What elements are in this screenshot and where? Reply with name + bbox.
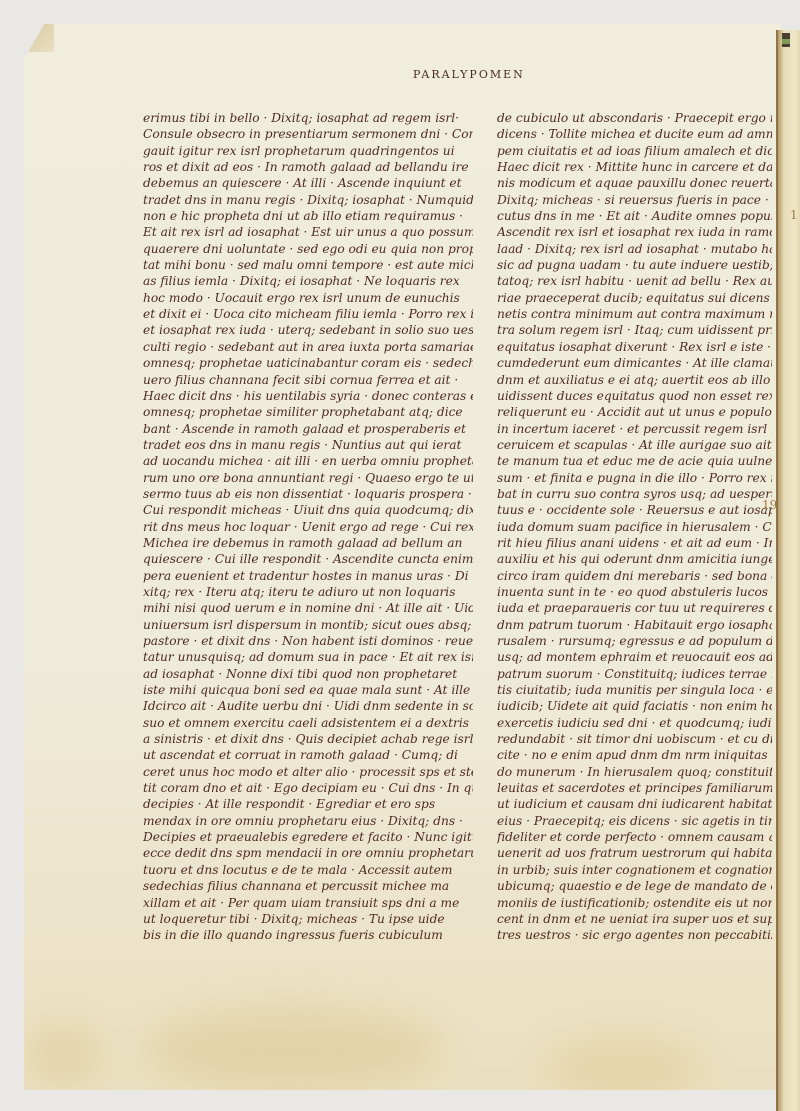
text-line: tat mihi bonu · sed malu omni tempore · … bbox=[143, 257, 473, 273]
margin-number: 19 bbox=[762, 498, 777, 512]
text-line: bant · Ascende in ramoth galaad et prosp… bbox=[143, 421, 473, 437]
text-line: ecce dedit dns spm mendacii in ore omniu… bbox=[143, 845, 473, 861]
text-line: leuitas et sacerdotes et principes famil… bbox=[497, 780, 772, 796]
text-line: xitq; rex · Iteru atq; iteru te adiuro u… bbox=[143, 584, 473, 600]
text-line: cumdederunt eum dimicantes · At ille cla… bbox=[497, 355, 772, 371]
text-line: mendax in ore omniu prophetaru eius · Di… bbox=[143, 813, 473, 829]
text-line: cent in dnm et ne ueniat ira super uos e… bbox=[497, 911, 772, 927]
text-line: ad iosaphat · Nonne dixi tibi quod non p… bbox=[143, 666, 473, 682]
text-line: xillam et ait · Per quam uiam transiuit … bbox=[143, 895, 473, 911]
parchment-stain bbox=[144, 1004, 444, 1094]
text-line: tit coram dno et ait · Ego decipiam eu ·… bbox=[143, 780, 473, 796]
text-line: fideliter et corde perfecto · omnem caus… bbox=[497, 829, 772, 845]
text-line: tra solum regem isrl · Itaq; cum uidisse… bbox=[497, 322, 772, 338]
margin-number: 1 bbox=[790, 208, 798, 222]
text-line: ut loqueretur tibi · Dixitq; micheas · T… bbox=[143, 911, 473, 927]
text-line: rit hieu filius anani uidens · et ait ad… bbox=[497, 535, 772, 551]
text-line: tuus e · occidente sole · Reuersus e aut… bbox=[497, 502, 772, 518]
text-line: Decipies et praeualebis egredere et faci… bbox=[143, 829, 473, 845]
text-line: Et ait rex isrl ad iosaphat · Est uir un… bbox=[143, 224, 473, 240]
text-line: inuenta sunt in te · eo quod abstuleris … bbox=[497, 584, 772, 600]
text-line: quaerere dni uoluntate · sed ego odi eu … bbox=[143, 241, 473, 257]
text-line: Cui respondit micheas · Uiuit dns quia q… bbox=[143, 502, 473, 518]
text-line: rit dns meus hoc loquar · Uenit ergo ad … bbox=[143, 519, 473, 535]
text-line: omnesq; prophetae uaticinabantur coram e… bbox=[143, 355, 473, 371]
text-line: suo et omnem exercitu caeli adsistentem … bbox=[143, 715, 473, 731]
text-line: te manum tua et educ me de acie quia uul… bbox=[497, 453, 772, 469]
text-line: sic ad pugna uadam · tu aute induere ues… bbox=[497, 257, 772, 273]
running-header: PARALYPOMEN bbox=[413, 68, 525, 81]
text-line: ros et dixit ad eos · In ramoth galaad a… bbox=[143, 159, 473, 175]
text-line: dnm et auxiliatus e ei atq; auertit eos … bbox=[497, 372, 772, 388]
text-line: ut iudicium et causam dni iudicarent hab… bbox=[497, 796, 772, 812]
text-line: eius · Praecepitq; eis dicens · sic aget… bbox=[497, 813, 772, 829]
text-column-right: de cubiculo ut abscondaris · Praecepit e… bbox=[497, 110, 772, 944]
text-line: sermo tuus ab eis non dissentiat · loqua… bbox=[143, 486, 473, 502]
text-line: Consule obsecro in presentiarum sermonem… bbox=[143, 126, 473, 142]
text-line: quiescere · Cui ille respondit · Ascendi… bbox=[143, 551, 473, 567]
text-line: tradet eos dns in manu regis · Nuntius a… bbox=[143, 437, 473, 453]
text-line: laad · Dixitq; rex isrl ad iosaphat · mu… bbox=[497, 241, 772, 257]
text-line: iuda domum suam pacifice in hierusalem ·… bbox=[497, 519, 772, 535]
text-line: cutus dns in me · Et ait · Audite omnes … bbox=[497, 208, 772, 224]
text-line: nis modicum et aquae pauxillu donec reue… bbox=[497, 175, 772, 191]
bookmark-ribbon bbox=[782, 33, 790, 47]
text-line: omnesq; prophetae similiter prophetabant… bbox=[143, 404, 473, 420]
text-line: auxiliu et his qui oderunt dnm amicitia … bbox=[497, 551, 772, 567]
parchment-stain bbox=[544, 1034, 704, 1104]
text-line: usq; ad montem ephraim et reuocauit eos … bbox=[497, 649, 772, 665]
text-line: reliquerunt eu · Accidit aut ut unus e p… bbox=[497, 404, 772, 420]
text-line: uniuersum isrl dispersum in montib; sicu… bbox=[143, 617, 473, 633]
text-line: Dixitq; micheas · si reuersus fueris in … bbox=[497, 192, 772, 208]
book-gutter bbox=[776, 30, 800, 1111]
text-line: uero filius channana fecit sibi cornua f… bbox=[143, 372, 473, 388]
text-line: circo iram quidem dni merebaris · sed bo… bbox=[497, 568, 772, 584]
text-line: dnm patrum tuorum · Habitauit ergo iosap… bbox=[497, 617, 772, 633]
text-line: rum uno ore bona annuntiant regi · Quaes… bbox=[143, 470, 473, 486]
text-line: gauit igitur rex isrl prophetarum quadri… bbox=[143, 143, 473, 159]
text-line: in incertum iaceret · et percussit regem… bbox=[497, 421, 772, 437]
text-line: tuoru et dns locutus e de te mala · Acce… bbox=[143, 862, 473, 878]
text-line: in urbib; suis inter cognationem et cogn… bbox=[497, 862, 772, 878]
text-line: hoc modo · Uocauit ergo rex isrl unum de… bbox=[143, 290, 473, 306]
text-line: equitatus iosaphat dixerunt · Rex isrl e… bbox=[497, 339, 772, 355]
text-line: dicens · Tollite michea et ducite eum ad… bbox=[497, 126, 772, 142]
text-line: rusalem · rursumq; egressus e ad populum… bbox=[497, 633, 772, 649]
text-line: cite · no e enim apud dnm dm nrm iniquit… bbox=[497, 747, 772, 763]
text-line: debemus an quiescere · At illi · Ascende… bbox=[143, 175, 473, 191]
text-line: Haec dicit rex · Mittite hunc in carcere… bbox=[497, 159, 772, 175]
text-line: moniis de iustificationib; ostendite eis… bbox=[497, 895, 772, 911]
text-line: de cubiculo ut abscondaris · Praecepit e… bbox=[497, 110, 772, 126]
text-line: sum · et finita e pugna in die illo · Po… bbox=[497, 470, 772, 486]
text-line: tatur unusquisq; ad domum sua in pace · … bbox=[143, 649, 473, 665]
text-line: a sinistris · et dixit dns · Quis decipi… bbox=[143, 731, 473, 747]
parchment-stain bbox=[24, 1024, 104, 1084]
text-line: sedechias filius channana et percussit m… bbox=[143, 878, 473, 894]
text-line: tis ciuitatib; iuda munitis per singula … bbox=[497, 682, 772, 698]
text-line: Ascendit rex isrl et iosaphat rex iuda i… bbox=[497, 224, 772, 240]
text-line: netis contra minimum aut contra maximum … bbox=[497, 306, 772, 322]
text-line: iudicib; Uidete ait quid faciatis · non … bbox=[497, 698, 772, 714]
text-line: pera euenient et tradentur hostes in man… bbox=[143, 568, 473, 584]
text-line: as filius iemla · Dixitq; ei iosaphat · … bbox=[143, 273, 473, 289]
text-line: mihi nisi quod uerum e in nomine dni · A… bbox=[143, 600, 473, 616]
text-line: Michea ire debemus in ramoth galaad ad b… bbox=[143, 535, 473, 551]
text-line: culti regio · sedebant aut in area iuxta… bbox=[143, 339, 473, 355]
text-line: riae praeceperat ducib; equitatus sui di… bbox=[497, 290, 772, 306]
text-line: et iosaphat rex iuda · uterq; sedebant i… bbox=[143, 322, 473, 338]
text-line: decipies · At ille respondit · Egrediar … bbox=[143, 796, 473, 812]
text-line: iuda et praeparaueris cor tuu ut require… bbox=[497, 600, 772, 616]
text-line: uidissent duces equitatus quod non esset… bbox=[497, 388, 772, 404]
text-line: ut ascendat et corruat in ramoth galaad … bbox=[143, 747, 473, 763]
text-line: redundabit · sit timor dni uobiscum · et… bbox=[497, 731, 772, 747]
text-line: erimus tibi in bello · Dixitq; iosaphat … bbox=[143, 110, 473, 126]
text-line: Haec dicit dns · his uentilabis syria · … bbox=[143, 388, 473, 404]
text-line: bat in curru suo contra syros usq; ad ue… bbox=[497, 486, 772, 502]
text-line: Idcirco ait · Audite uerbu dni · Uidi dn… bbox=[143, 698, 473, 714]
text-line: exercetis iudiciu sed dni · et quodcumq;… bbox=[497, 715, 772, 731]
text-line: ceret unus hoc modo et alter alio · proc… bbox=[143, 764, 473, 780]
text-line: iste mihi quicqua boni sed ea quae mala … bbox=[143, 682, 473, 698]
text-column-left: erimus tibi in bello · Dixitq; iosaphat … bbox=[143, 110, 473, 944]
text-line: tatoq; rex isrl habitu · uenit ad bellu … bbox=[497, 273, 772, 289]
text-line: non e hic propheta dni ut ab illo etiam … bbox=[143, 208, 473, 224]
text-line: ceruicem et scapulas · At ille aurigae s… bbox=[497, 437, 772, 453]
text-line: bis in die illo quando ingressus fueris … bbox=[143, 927, 473, 943]
text-line: ad uocandu michea · ait illi · en uerba … bbox=[143, 453, 473, 469]
text-line: tradet dns in manu regis · Dixitq; iosap… bbox=[143, 192, 473, 208]
text-line: pastore · et dixit dns · Non habent isti… bbox=[143, 633, 473, 649]
text-line: tres uestros · sic ergo agentes non pecc… bbox=[497, 927, 772, 943]
text-line: do munerum · In hierusalem quoq; constit… bbox=[497, 764, 772, 780]
text-line: et dixit ei · Uoca cito micheam filiu ie… bbox=[143, 306, 473, 322]
text-line: patrum suorum · Constituitq; iudices ter… bbox=[497, 666, 772, 682]
text-line: ubicumq; quaestio e de lege de mandato d… bbox=[497, 878, 772, 894]
text-line: pem ciuitatis et ad ioas filium amalech … bbox=[497, 143, 772, 159]
text-line: uenerit ad uos fratrum uestrorum qui hab… bbox=[497, 845, 772, 861]
